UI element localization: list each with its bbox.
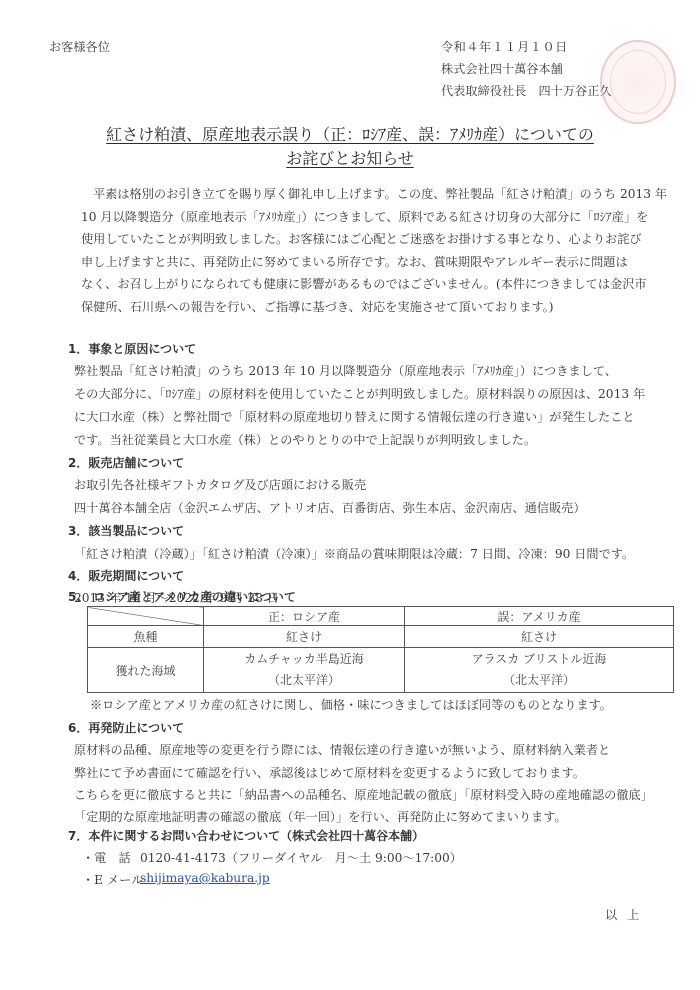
section-2-heading: 2．販売店舗について xyxy=(68,454,184,471)
cell-america-area: アラスカ ブリストル近海 （北太平洋） xyxy=(405,648,674,693)
section-1-heading: 1．事象と原因について xyxy=(68,340,196,357)
section-1-line: 弊社製品「紅さけ粕漬」のうち 2013 年 10 月以降製造分（原産地表示「ｱﾒ… xyxy=(74,362,617,379)
title-text-1: 紅さけ粕漬、原産地表示誤り（正：ﾛｼｱ産、誤：ｱﾒﾘｶ産）についての xyxy=(106,125,594,144)
company-name: 株式会社四十萬谷本舗 xyxy=(441,60,563,77)
issue-date: 令和４年１１月１０日 xyxy=(441,38,568,55)
email-link[interactable]: shijimaya@kabura.jp xyxy=(140,871,270,885)
table-row: 魚種 紅さけ 紅さけ xyxy=(88,626,674,648)
origin-comparison-table: 正：ロシア産 誤：アメリカ産 魚種 紅さけ 紅さけ 獲れた海域 カムチャッカ半島… xyxy=(87,606,674,693)
section-1-line: です。当社従業員と大口水産（株）とのやりとりの中で上記誤りが判明致しました。 xyxy=(74,431,536,448)
cell-america-species: 紅さけ xyxy=(405,626,674,648)
cell-russia-species: 紅さけ xyxy=(204,626,405,648)
intro-line: 平素は格別のお引き立てを賜り厚く御礼申し上げます。この度、弊社製品「紅さけ粕漬」… xyxy=(81,183,673,206)
document-title-line1: 紅さけ粕漬、原産地表示誤り（正：ﾛｼｱ産、誤：ｱﾒﾘｶ産）についての xyxy=(0,122,700,145)
section-6-line: 「定期的な原産地証明書の確認の徹底（年一回）」を行い、再発防止に努めてまいります… xyxy=(74,808,567,825)
phone-label: ・電 話 xyxy=(82,849,131,866)
email-label: ・E メール xyxy=(82,871,143,888)
row-label-fish-species: 魚種 xyxy=(88,626,204,648)
section-4-heading: 4．販売期間について xyxy=(68,567,184,584)
section-6-heading: 6．再発防止について xyxy=(68,719,184,736)
section-7-heading: 7．本件に関するお問い合わせについて（株式会社四十萬谷本舗） xyxy=(68,827,424,844)
section-3-line: 「紅さけ粕漬（冷蔵）」「紅さけ粕漬（冷凍）」※商品の賞味期限は冷蔵：7 日間、冷… xyxy=(74,545,634,562)
intro-line: 保健所、石川県への報告を行い、ご指導に基づき、対応を実施させて頂いております。) xyxy=(81,296,673,319)
section-6-line: 弊社にて予め書面にて確認を行い、承認後はじめて原材料を変更するように致しておりま… xyxy=(74,764,585,781)
title-text-2: お詫びとお知らせ xyxy=(286,149,414,168)
addressee: お客様各位 xyxy=(49,38,110,55)
intro-line: 使用していたことが判明致しました。お客様にはご心配とご迷惑をお掛けする事となり、… xyxy=(81,228,673,251)
section-5-heading-text: 5. ロシア産とアメリカ産の違いについて xyxy=(68,588,296,605)
russia-area-line2: （北太平洋） xyxy=(204,670,404,691)
intro-line: 10 月以降製造分（原産地表示「ｱﾒﾘｶ産」）につきまして、原料である紅さけ切身… xyxy=(81,206,673,229)
column-header-america: 誤：アメリカ産 xyxy=(405,607,674,626)
intro-line: 申し上げますと共に、再発防止に努めてまいる所存です。なお、賞味期限やアレルギー表… xyxy=(81,251,673,274)
section-5-note: ※ロシア産とアメリカ産の紅さけに関し、価格・味につきましてはほぼ同等のものとなり… xyxy=(90,696,612,713)
intro-paragraph: 平素は格別のお引き立てを賜り厚く御礼申し上げます。この度、弊社製品「紅さけ粕漬」… xyxy=(81,183,673,319)
table-corner-cell xyxy=(88,607,204,626)
closing-mark: 以上 xyxy=(605,906,649,923)
section-3-heading: 3．該当製品について xyxy=(68,522,184,539)
section-1-line: に大口水産（株）と弊社間で「原材料の原産地切り替えに関する情報伝達の行き違い」が… xyxy=(74,408,635,425)
phone-number: 0120-41-4173（フリーダイヤル 月～土 9:00～17:00） xyxy=(140,849,462,866)
representative-name: 代表取締役社長 四十万谷正久 xyxy=(441,82,612,99)
row-label-catch-area: 獲れた海域 xyxy=(88,648,204,693)
section-2-line: 四十萬谷本舗全店（金沢エムザ店、アトリオ店、百番街店、弥生本店、金沢南店、通信販… xyxy=(74,499,586,516)
document-title-line2: お詫びとお知らせ xyxy=(0,146,700,169)
column-header-russia: 正：ロシア産 xyxy=(204,607,405,626)
table-header-row: 正：ロシア産 誤：アメリカ産 xyxy=(88,607,674,626)
cell-russia-area: カムチャッカ半島近海 （北太平洋） xyxy=(204,648,405,693)
company-seal-stamp xyxy=(600,40,676,124)
section-1-line: その大部分に、「ﾛｼｱ産」の原材料を使用していたことが判明致しました。原材料誤り… xyxy=(74,385,645,402)
section-2-line: お取引先各社様ギフトカタログ及び店頭における販売 xyxy=(74,476,366,493)
intro-line: なく、お召し上がりになられても健康に影響があるものではございません。(本件につき… xyxy=(81,273,673,296)
america-area-line2: （北太平洋） xyxy=(405,670,673,691)
russia-area-line1: カムチャッカ半島近海 xyxy=(204,649,404,670)
america-area-line1: アラスカ ブリストル近海 xyxy=(405,649,673,670)
section-6-line: こちらを更に徹底すると共に「納品書への品種名、原産地記載の徹底」「原材料受入時の… xyxy=(74,786,653,803)
table-row: 獲れた海域 カムチャッカ半島近海 （北太平洋） アラスカ ブリストル近海 （北太… xyxy=(88,648,674,693)
section-6-line: 原材料の品種、原産地等の変更を行う際には、情報伝達の行き違いが無いよう、原材料納… xyxy=(74,741,610,758)
